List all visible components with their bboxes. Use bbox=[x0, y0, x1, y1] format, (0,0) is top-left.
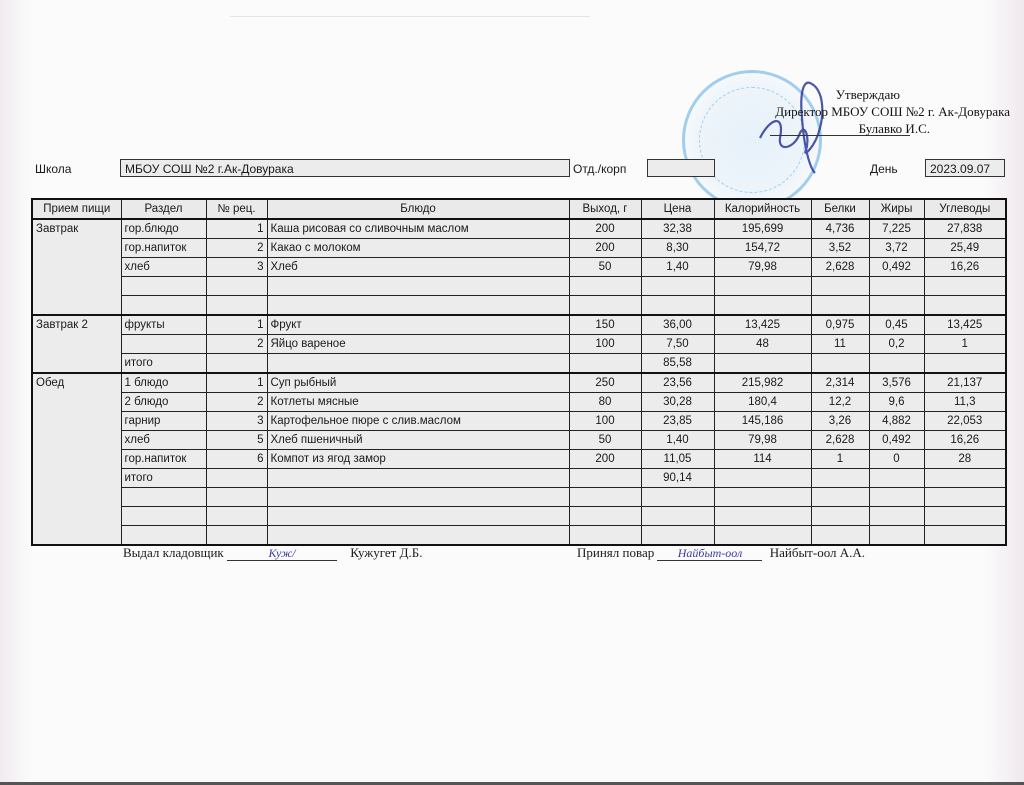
calories-cell bbox=[714, 277, 811, 296]
calories-cell: 145,186 bbox=[714, 412, 811, 431]
table-row: итого90,14 bbox=[32, 469, 1006, 488]
calories-cell bbox=[714, 526, 811, 546]
calories-cell: 154,72 bbox=[714, 239, 811, 258]
yield-cell: 50 bbox=[569, 431, 641, 450]
dish-cell: Какао с молоком bbox=[267, 239, 569, 258]
column-header: Выход, г bbox=[569, 199, 641, 219]
protein-cell: 2,628 bbox=[811, 431, 869, 450]
issued-block: Выдал кладовщик Куж/ Кужугет Д.Б. bbox=[123, 545, 422, 561]
scan-artifact bbox=[230, 16, 590, 17]
yield-cell bbox=[569, 277, 641, 296]
calories-cell bbox=[714, 296, 811, 316]
dish-cell: Хлеб bbox=[267, 258, 569, 277]
calories-cell: 79,98 bbox=[714, 258, 811, 277]
dish-cell: Фрукт bbox=[267, 315, 569, 335]
yield-cell: 100 bbox=[569, 335, 641, 354]
carbs-cell bbox=[924, 488, 1006, 507]
section-cell bbox=[121, 296, 206, 316]
protein-cell: 1 bbox=[811, 450, 869, 469]
calories-cell: 13,425 bbox=[714, 315, 811, 335]
section-cell: итого bbox=[121, 354, 206, 374]
dish-cell: Суп рыбный bbox=[267, 373, 569, 393]
column-header: Раздел bbox=[121, 199, 206, 219]
price-cell bbox=[641, 488, 714, 507]
table-row: хлеб5Хлеб пшеничный501,4079,982,6280,492… bbox=[32, 431, 1006, 450]
table-row bbox=[32, 507, 1006, 526]
protein-cell: 2,628 bbox=[811, 258, 869, 277]
price-cell: 8,30 bbox=[641, 239, 714, 258]
recipe-number-cell: 1 bbox=[206, 315, 267, 335]
approval-position: Директор МБОУ СОШ №2 г. Ак-Довурака bbox=[775, 103, 1010, 120]
meal-cell: Завтрак bbox=[32, 219, 121, 315]
section-cell: хлеб bbox=[121, 258, 206, 277]
recipe-number-cell: 6 bbox=[206, 450, 267, 469]
protein-cell bbox=[811, 277, 869, 296]
recipe-number-cell: 3 bbox=[206, 258, 267, 277]
carbs-cell: 16,26 bbox=[924, 431, 1006, 450]
calories-cell: 215,982 bbox=[714, 373, 811, 393]
section-cell bbox=[121, 277, 206, 296]
fat-cell bbox=[869, 507, 924, 526]
section-cell bbox=[121, 335, 206, 354]
fat-cell: 4,882 bbox=[869, 412, 924, 431]
protein-cell: 2,314 bbox=[811, 373, 869, 393]
carbs-cell: 25,49 bbox=[924, 239, 1006, 258]
recipe-number-cell: 1 bbox=[206, 219, 267, 239]
column-header: Белки bbox=[811, 199, 869, 219]
issued-name: Кужугет Д.Б. bbox=[350, 545, 422, 560]
yield-cell: 200 bbox=[569, 239, 641, 258]
price-cell: 36,00 bbox=[641, 315, 714, 335]
carbs-cell bbox=[924, 277, 1006, 296]
protein-cell: 0,975 bbox=[811, 315, 869, 335]
carbs-cell bbox=[924, 469, 1006, 488]
recipe-number-cell bbox=[206, 488, 267, 507]
dish-cell: Хлеб пшеничный bbox=[267, 431, 569, 450]
approval-block: Утверждаю Директор МБОУ СОШ №2 г. Ак-Дов… bbox=[700, 86, 1000, 146]
calories-cell: 195,699 bbox=[714, 219, 811, 239]
table-row: 2 блюдо2Котлеты мясные8030,28180,412,29,… bbox=[32, 393, 1006, 412]
received-block: Принял повар Найбыт-оол Найбыт-оол А.А. bbox=[577, 545, 865, 561]
fat-cell bbox=[869, 469, 924, 488]
yield-cell bbox=[569, 296, 641, 316]
table-row: гарнир3Картофельное пюре с слив.маслом10… bbox=[32, 412, 1006, 431]
protein-cell bbox=[811, 488, 869, 507]
dish-cell: Компот из ягод замор bbox=[267, 450, 569, 469]
dish-cell: Каша рисовая со сливочным маслом bbox=[267, 219, 569, 239]
yield-cell: 150 bbox=[569, 315, 641, 335]
dish-cell bbox=[267, 469, 569, 488]
carbs-cell: 21,137 bbox=[924, 373, 1006, 393]
protein-cell bbox=[811, 354, 869, 374]
price-cell: 90,14 bbox=[641, 469, 714, 488]
received-signature: Найбыт-оол bbox=[657, 546, 762, 561]
carbs-cell: 28 bbox=[924, 450, 1006, 469]
carbs-cell: 16,26 bbox=[924, 258, 1006, 277]
meal-cell: Завтрак 2 bbox=[32, 315, 121, 373]
section-cell: гор.напиток bbox=[121, 450, 206, 469]
column-header: № рец. bbox=[206, 199, 267, 219]
dish-cell bbox=[267, 296, 569, 316]
recipe-number-cell bbox=[206, 354, 267, 374]
yield-cell bbox=[569, 507, 641, 526]
recipe-number-cell bbox=[206, 277, 267, 296]
calories-cell bbox=[714, 469, 811, 488]
calories-cell bbox=[714, 488, 811, 507]
issued-signature: Куж/ bbox=[227, 546, 337, 561]
calories-cell bbox=[714, 354, 811, 374]
recipe-number-cell: 2 bbox=[206, 335, 267, 354]
table-row: Завтрак 2фрукты1Фрукт15036,0013,4250,975… bbox=[32, 315, 1006, 335]
table-row: Обед1 блюдо1Суп рыбный25023,56215,9822,3… bbox=[32, 373, 1006, 393]
section-cell: гор.блюдо bbox=[121, 219, 206, 239]
yield-cell bbox=[569, 526, 641, 546]
yield-cell bbox=[569, 354, 641, 374]
approval-title: Утверждаю bbox=[836, 86, 900, 103]
fat-cell bbox=[869, 354, 924, 374]
received-label: Принял повар bbox=[577, 545, 654, 560]
carbs-cell bbox=[924, 526, 1006, 546]
section-cell: гарнир bbox=[121, 412, 206, 431]
table-row bbox=[32, 488, 1006, 507]
fat-cell bbox=[869, 296, 924, 316]
column-header: Блюдо bbox=[267, 199, 569, 219]
carbs-cell: 22,053 bbox=[924, 412, 1006, 431]
table-row: гор.напиток6Компот из ягод замор20011,05… bbox=[32, 450, 1006, 469]
fat-cell: 0,492 bbox=[869, 258, 924, 277]
table-row: гор.напиток2Какао с молоком2008,30154,72… bbox=[32, 239, 1006, 258]
calories-cell: 180,4 bbox=[714, 393, 811, 412]
fat-cell bbox=[869, 277, 924, 296]
protein-cell bbox=[811, 507, 869, 526]
yield-cell: 100 bbox=[569, 412, 641, 431]
dish-cell bbox=[267, 277, 569, 296]
scan-edge-left bbox=[0, 0, 30, 785]
price-cell: 1,40 bbox=[641, 258, 714, 277]
recipe-number-cell: 2 bbox=[206, 239, 267, 258]
carbs-cell: 13,425 bbox=[924, 315, 1006, 335]
price-cell: 32,38 bbox=[641, 219, 714, 239]
fat-cell: 3,576 bbox=[869, 373, 924, 393]
menu-table: Прием пищиРаздел№ рец.БлюдоВыход, гЦенаК… bbox=[31, 198, 1007, 546]
approval-name: Булавко И.С. bbox=[859, 120, 930, 137]
carbs-cell: 27,838 bbox=[924, 219, 1006, 239]
dish-cell bbox=[267, 526, 569, 546]
recipe-number-cell bbox=[206, 296, 267, 316]
section-cell bbox=[121, 507, 206, 526]
table-row: 2Яйцо вареное1007,5048110,21 bbox=[32, 335, 1006, 354]
recipe-number-cell: 2 bbox=[206, 393, 267, 412]
day-label: День bbox=[870, 162, 898, 176]
fat-cell: 0,2 bbox=[869, 335, 924, 354]
price-cell: 11,05 bbox=[641, 450, 714, 469]
dept-label: Отд./корп bbox=[573, 162, 626, 176]
calories-cell: 79,98 bbox=[714, 431, 811, 450]
column-header: Прием пищи bbox=[32, 199, 121, 219]
column-header: Калорийность bbox=[714, 199, 811, 219]
carbs-cell bbox=[924, 507, 1006, 526]
section-cell: итого bbox=[121, 469, 206, 488]
yield-cell bbox=[569, 469, 641, 488]
price-cell: 7,50 bbox=[641, 335, 714, 354]
calories-cell: 114 bbox=[714, 450, 811, 469]
column-header: Жиры bbox=[869, 199, 924, 219]
price-cell: 23,56 bbox=[641, 373, 714, 393]
table-row: итого85,58 bbox=[32, 354, 1006, 374]
carbs-cell bbox=[924, 296, 1006, 316]
yield-cell: 200 bbox=[569, 219, 641, 239]
fat-cell: 0,45 bbox=[869, 315, 924, 335]
meal-cell: Обед bbox=[32, 373, 121, 545]
protein-cell bbox=[811, 296, 869, 316]
fat-cell bbox=[869, 526, 924, 546]
fat-cell: 9,6 bbox=[869, 393, 924, 412]
price-cell bbox=[641, 296, 714, 316]
protein-cell: 3,52 bbox=[811, 239, 869, 258]
fat-cell: 3,72 bbox=[869, 239, 924, 258]
dept-field[interactable] bbox=[647, 159, 715, 177]
protein-cell: 3,26 bbox=[811, 412, 869, 431]
section-cell bbox=[121, 488, 206, 507]
price-cell bbox=[641, 507, 714, 526]
issued-label: Выдал кладовщик bbox=[123, 545, 224, 560]
dish-cell: Котлеты мясные bbox=[267, 393, 569, 412]
table-row bbox=[32, 526, 1006, 546]
protein-cell bbox=[811, 469, 869, 488]
fat-cell: 0 bbox=[869, 450, 924, 469]
price-cell: 23,85 bbox=[641, 412, 714, 431]
recipe-number-cell: 5 bbox=[206, 431, 267, 450]
yield-cell bbox=[569, 488, 641, 507]
table-row: Завтракгор.блюдо1Каша рисовая со сливочн… bbox=[32, 219, 1006, 239]
carbs-cell: 11,3 bbox=[924, 393, 1006, 412]
carbs-cell: 1 bbox=[924, 335, 1006, 354]
section-cell: хлеб bbox=[121, 431, 206, 450]
price-cell bbox=[641, 277, 714, 296]
section-cell: фрукты bbox=[121, 315, 206, 335]
received-name: Найбыт-оол А.А. bbox=[770, 545, 865, 560]
yield-cell: 50 bbox=[569, 258, 641, 277]
table-row: хлеб3Хлеб501,4079,982,6280,49216,26 bbox=[32, 258, 1006, 277]
day-field[interactable]: 2023.09.07 bbox=[925, 159, 1005, 177]
dish-cell bbox=[267, 507, 569, 526]
dish-cell: Яйцо вареное bbox=[267, 335, 569, 354]
recipe-number-cell bbox=[206, 526, 267, 546]
dish-cell bbox=[267, 488, 569, 507]
recipe-number-cell bbox=[206, 507, 267, 526]
protein-cell: 12,2 bbox=[811, 393, 869, 412]
price-cell bbox=[641, 526, 714, 546]
fat-cell bbox=[869, 488, 924, 507]
carbs-cell bbox=[924, 354, 1006, 374]
yield-cell: 80 bbox=[569, 393, 641, 412]
yield-cell: 200 bbox=[569, 450, 641, 469]
section-cell: 2 блюдо bbox=[121, 393, 206, 412]
school-field[interactable]: МБОУ СОШ №2 г.Ак-Довурака bbox=[120, 159, 570, 177]
table-header-row: Прием пищиРаздел№ рец.БлюдоВыход, гЦенаК… bbox=[32, 199, 1006, 219]
yield-cell: 250 bbox=[569, 373, 641, 393]
section-cell bbox=[121, 526, 206, 546]
recipe-number-cell bbox=[206, 469, 267, 488]
school-label: Школа bbox=[35, 162, 71, 176]
section-cell: 1 блюдо bbox=[121, 373, 206, 393]
calories-cell: 48 bbox=[714, 335, 811, 354]
table-row bbox=[32, 277, 1006, 296]
protein-cell bbox=[811, 526, 869, 546]
dish-cell: Картофельное пюре с слив.маслом bbox=[267, 412, 569, 431]
recipe-number-cell: 1 bbox=[206, 373, 267, 393]
price-cell: 1,40 bbox=[641, 431, 714, 450]
column-header: Углеводы bbox=[924, 199, 1006, 219]
fat-cell: 7,225 bbox=[869, 219, 924, 239]
column-header: Цена bbox=[641, 199, 714, 219]
price-cell: 85,58 bbox=[641, 354, 714, 374]
protein-cell: 4,736 bbox=[811, 219, 869, 239]
section-cell: гор.напиток bbox=[121, 239, 206, 258]
dish-cell bbox=[267, 354, 569, 374]
price-cell: 30,28 bbox=[641, 393, 714, 412]
protein-cell: 11 bbox=[811, 335, 869, 354]
fat-cell: 0,492 bbox=[869, 431, 924, 450]
recipe-number-cell: 3 bbox=[206, 412, 267, 431]
calories-cell bbox=[714, 507, 811, 526]
table-row bbox=[32, 296, 1006, 316]
